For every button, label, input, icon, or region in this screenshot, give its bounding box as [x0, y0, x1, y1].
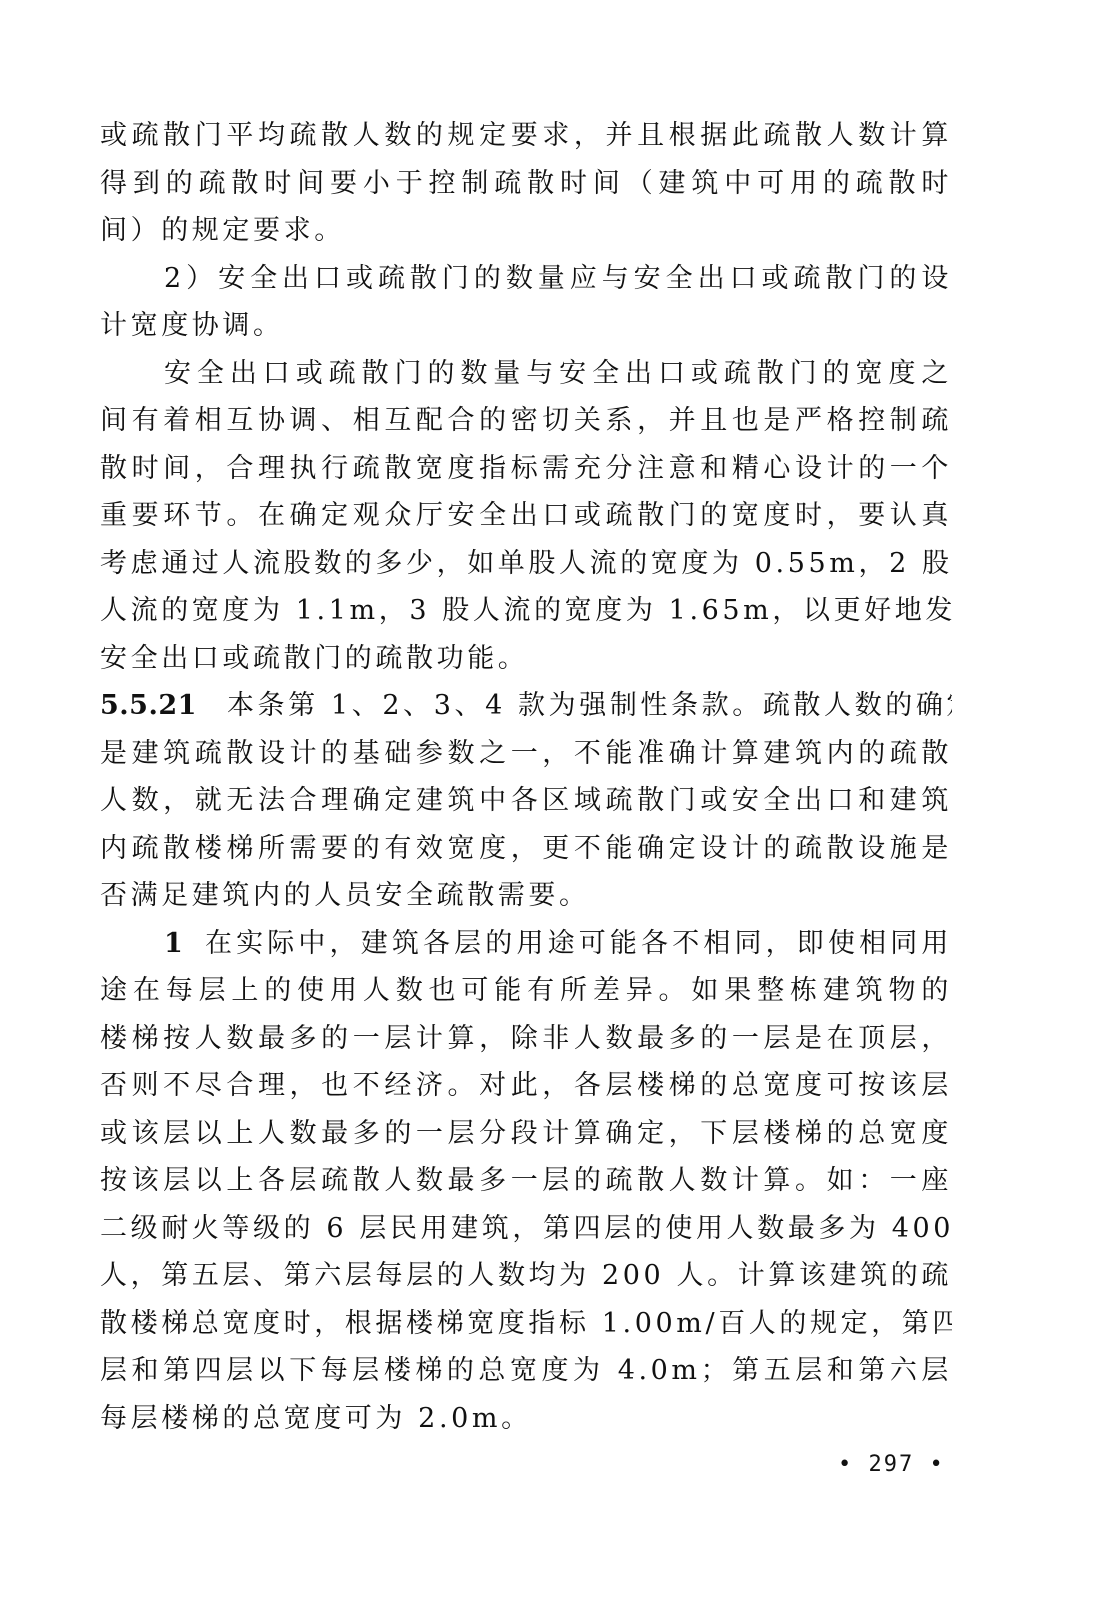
item-number: 1 [164, 928, 186, 959]
text-line: 本条第 1、2、3、4 款为强制性条款。疏散人数的确定 [227, 690, 952, 721]
clause-5-5-21: 5.5.21本条第 1、2、3、4 款为强制性条款。疏散人数的确定 是建筑疏散设… [100, 682, 952, 920]
text-line: 或疏散门平均疏散人数的规定要求，并且根据此疏散人数计算 [100, 112, 952, 160]
paragraph-item-2: 2）安全出口或疏散门的数量应与安全出口或疏散门的设 计宽度协调。 [100, 255, 952, 350]
text-line: 得到的疏散时间要小于控制疏散时间（建筑中可用的疏散时 [100, 160, 952, 208]
text-line: 在实际中，建筑各层的用途可能各不相同，即使相同用 [204, 928, 952, 959]
clause-heading-line: 5.5.21本条第 1、2、3、4 款为强制性条款。疏散人数的确定 [100, 682, 952, 730]
text-line: 重要环节。在确定观众厅安全出口或疏散门的宽度时，要认真 [100, 492, 952, 540]
text-line: 人流的宽度为 1.1m，3 股人流的宽度为 1.65m，以更好地发挥 [100, 587, 952, 635]
page-number: • 297 • [838, 1452, 945, 1477]
text-line: 间有着相互协调、相互配合的密切关系，并且也是严格控制疏 [100, 397, 952, 445]
text-line: 否则不尽合理，也不经济。对此，各层楼梯的总宽度可按该层 [100, 1062, 952, 1110]
paragraph-explanation: 安全出口或疏散门的数量与安全出口或疏散门的宽度之 间有着相互协调、相互配合的密切… [100, 350, 952, 683]
text-line: 人数，就无法合理确定建筑中各区域疏散门或安全出口和建筑 [100, 777, 952, 825]
text-line: 层和第四层以下每层楼梯的总宽度为 4.0m；第五层和第六层 [100, 1347, 952, 1395]
text-line: 否满足建筑内的人员安全疏散需要。 [100, 872, 952, 920]
text-line: 散楼梯总宽度时，根据楼梯宽度指标 1.00m/百人的规定，第四 [100, 1300, 952, 1348]
text-line: 每层楼梯的总宽度可为 2.0m。 [100, 1395, 952, 1443]
text-line: 人，第五层、第六层每层的人数均为 200 人。计算该建筑的疏 [100, 1252, 952, 1300]
clause-item-1: 1在实际中，建筑各层的用途可能各不相同，即使相同用 途在每层上的使用人数也可能有… [100, 920, 952, 1443]
item-heading-line: 1在实际中，建筑各层的用途可能各不相同，即使相同用 [100, 920, 952, 968]
text-line: 间）的规定要求。 [100, 207, 952, 255]
text-line: 或该层以上人数最多的一层分段计算确定，下层楼梯的总宽度 [100, 1110, 952, 1158]
text-line: 按该层以上各层疏散人数最多一层的疏散人数计算。如：一座 [100, 1157, 952, 1205]
text-line: 二级耐火等级的 6 层民用建筑，第四层的使用人数最多为 400 [100, 1205, 952, 1253]
text-line: 计宽度协调。 [100, 302, 952, 350]
text-line: 安全出口或疏散门的疏散功能。 [100, 635, 952, 683]
text-line: 安全出口或疏散门的数量与安全出口或疏散门的宽度之 [100, 350, 952, 398]
paragraph-continuation: 或疏散门平均疏散人数的规定要求，并且根据此疏散人数计算 得到的疏散时间要小于控制… [100, 112, 952, 255]
text-line: 2）安全出口或疏散门的数量应与安全出口或疏散门的设 [100, 255, 952, 303]
text-line: 是建筑疏散设计的基础参数之一，不能准确计算建筑内的疏散 [100, 730, 952, 778]
text-line: 散时间，合理执行疏散宽度指标需充分注意和精心设计的一个 [100, 445, 952, 493]
clause-number: 5.5.21 [100, 690, 197, 721]
text-line: 内疏散楼梯所需要的有效宽度，更不能确定设计的疏散设施是 [100, 825, 952, 873]
text-line: 考虑通过人流股数的多少，如单股人流的宽度为 0.55m，2 股 [100, 540, 952, 588]
text-line: 途在每层上的使用人数也可能有所差异。如果整栋建筑物的 [100, 967, 952, 1015]
document-page: 或疏散门平均疏散人数的规定要求，并且根据此疏散人数计算 得到的疏散时间要小于控制… [100, 112, 952, 1442]
text-line: 楼梯按人数最多的一层计算，除非人数最多的一层是在顶层， [100, 1015, 952, 1063]
